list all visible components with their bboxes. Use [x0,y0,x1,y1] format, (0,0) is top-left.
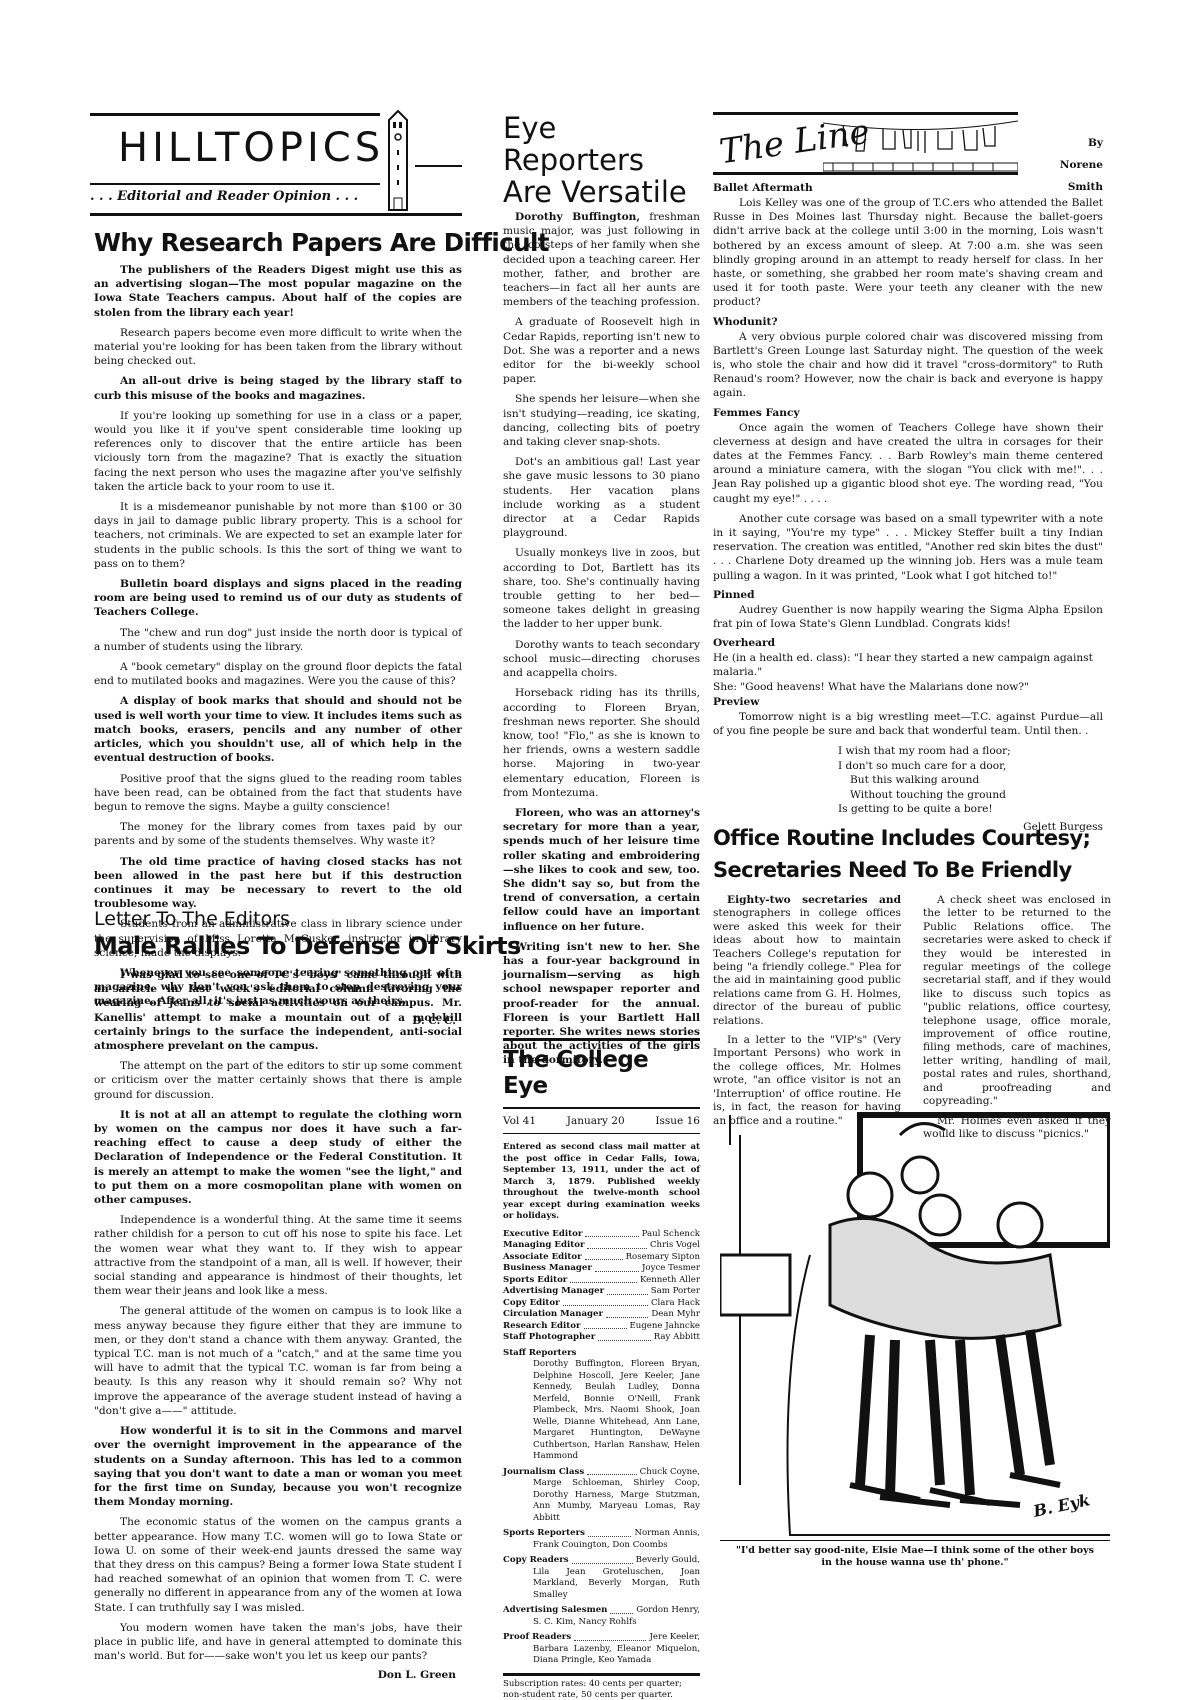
editorial-paragraph: The old time practice of having closed s… [94,855,462,912]
leader-dots [587,1467,636,1476]
the-line-banner: The Line By Norene Smith [713,112,1103,176]
staff-group-names: Barbara Lazenby, Eleanor Miquelon, Diana… [503,1644,700,1667]
reporters-text: freshman music major, was just following… [503,211,700,308]
staff-name: Ray Abbitt [654,1332,700,1344]
staff-group-header: Staff Reporters [503,1348,700,1360]
staff-group-role: Proof Readers [503,1632,571,1644]
reporters-headline-2: Are Versatile [503,176,700,208]
poem-line: I don't so much care for a door, [838,759,1103,774]
staff-role: Business Manager [503,1263,592,1275]
overheard-she: She: "Good heavens! What have the Malari… [713,680,1103,694]
editorial-paragraph: An all-out drive is being staged by the … [94,374,462,402]
column-subhead: Pinned [713,589,1103,601]
staff-row: Managing EditorChris Vogel [503,1240,700,1252]
staff-row: Advertising ManagerSam Porter [503,1286,700,1298]
column-paragraph: Lois Kelley was one of the group of T.C.… [713,196,1103,310]
masthead-issue-line: Vol 41 January 20 Issue 16 [503,1109,700,1133]
letter-headline: Male Rallies To Defense Of Skirts [94,932,462,960]
staff-group-role: Sports Reporters [503,1528,585,1540]
letter-signature: Don L. Green [94,1669,456,1681]
preview-head: Preview [713,696,1103,708]
staff-row: Business ManagerJoyce Tesmer [503,1263,700,1275]
reporters-paragraph: Dorothy wants to teach secondary school … [503,638,700,681]
reporters-text: Horseback riding has its thrills, accord… [503,687,700,798]
staff-group: Journalism ClassChuck Coyne,Marge Schloe… [503,1467,700,1525]
staff-group-names: Dorothy Buffington, Floreen Bryan, Delph… [503,1359,700,1463]
staff-group-lead: Jere Keeler, [649,1632,700,1644]
letter-paragraph: I was glad to see one of TC's "boys" cam… [94,968,462,1053]
staff-row: Associate EditorRosemary Sipton [503,1252,700,1264]
letter-article: Letter To The Editors Male Rallies To De… [94,908,462,1681]
issue-number: Issue 16 [655,1115,700,1127]
staff-name: Sam Porter [651,1286,700,1298]
reporters-article: Eye Reporters Are Versatile Dorothy Buff… [503,112,700,1074]
staff-role: Sports Editor [503,1275,567,1287]
staff-row: Sports EditorKenneth Aller [503,1275,700,1287]
staff-group: Staff ReportersDorothy Buffington, Flore… [503,1348,700,1463]
staff-role: Executive Editor [503,1229,582,1241]
leader-dots [610,1605,633,1614]
letter-kicker: Letter To The Editors [94,908,462,930]
leader-dots [574,1632,646,1641]
staff-group: Sports ReportersNorman Annis,Frank Couin… [503,1528,700,1551]
poem: I wish that my room had a floor;I don't … [838,744,1103,817]
clothesline-illustration [823,115,1018,177]
hilltopics-subtitle: . . . Editorial and Reader Opinion . . . [90,189,358,204]
leader-dots [587,1240,646,1249]
leader-dots [585,1229,638,1238]
editorial-paragraph: The publishers of the Readers Digest mig… [94,263,462,320]
office-headline-2: Secretaries Need To Be Friendly [713,854,1113,886]
staff-row: Circulation ManagerDean Myhr [503,1309,700,1321]
staff-group-header: Journalism ClassChuck Coyne, [503,1467,700,1479]
staff-group-names: S. C. Kim, Nancy Rohlfs [503,1617,700,1629]
staff-group-role: Staff Reporters [503,1348,576,1360]
staff-group-role: Journalism Class [503,1467,584,1479]
office-paragraph: Eighty-two secretaries and stenographers… [713,894,901,1028]
editorial-paragraph: It is a misdemeanor punishable by not mo… [94,500,462,571]
column-subhead: Ballet Aftermath [713,182,1103,194]
poem-line: Without touching the ground [838,788,1103,803]
column-paragraph: Once again the women of Teachers College… [713,421,1103,506]
editorial-headline: Why Research Papers Are Difficult [94,228,462,257]
reporters-paragraph: Horseback riding has its thrills, accord… [503,686,700,800]
staff-row: Research EditorEugene Jahncke [503,1321,700,1333]
editorial-paragraph: The "chew and run dog" just inside the n… [94,626,462,654]
office-text: stenographers in college offices were as… [713,907,901,1026]
staff-name: Clara Hack [651,1298,700,1310]
caption-line-2: in the house wanna use th' phone." [720,1557,1110,1569]
leader-dots [563,1298,648,1307]
staff-row: Staff PhotographerRay Abbitt [503,1332,700,1344]
letter-paragraph: How wonderful it is to sit in the Common… [94,1424,462,1509]
staff-group-header: Advertising SalesmenGordon Henry, [503,1605,700,1617]
staff-row: Executive EditorPaul Schenck [503,1229,700,1241]
reporters-text: Usually monkeys live in zoos, but accord… [503,547,700,630]
leader-dots [572,1555,633,1564]
staff-role: Advertising Manager [503,1286,604,1298]
reporter-name: Dorothy Buffington, [515,211,640,223]
masthead-title: The College Eye [503,1047,700,1099]
staff-role: Associate Editor [503,1252,582,1264]
office-paragraph: A check sheet was enclosed in the letter… [923,894,1111,1109]
cartoon-caption: "I'd better say good-nite, Elsie Mae—I t… [720,1545,1110,1569]
staff-group-lead: Norman Annis, [634,1528,700,1540]
office-headline-1: Office Routine Includes Courtesy; [713,822,1113,854]
staff-name: Joyce Tesmer [642,1263,700,1275]
reporters-paragraph: Usually monkeys live in zoos, but accord… [503,546,700,631]
poem-line: Is getting to be quite a bore! [838,802,1103,817]
poem-line: I wish that my room had a floor; [838,744,1103,759]
column-subhead: Femmes Fancy [713,407,1103,419]
staff-list: Executive EditorPaul SchenckManaging Edi… [503,1229,700,1667]
editorial-paragraph: A "book cemetary" display on the ground … [94,660,462,688]
letter-paragraph: Independence is a wonderful thing. At th… [94,1213,462,1298]
staff-group-role: Copy Readers [503,1555,569,1567]
caption-line-1: "I'd better say good-nite, Elsie Mae—I t… [720,1545,1110,1557]
byline-line-1: By Norene [1048,132,1103,176]
office-article: Office Routine Includes Courtesy; Secret… [713,822,1113,1147]
leader-dots [584,1321,627,1330]
hilltopics-title: HILLTOPICS [118,125,384,171]
leader-dots [607,1286,648,1295]
reporters-body: Dorothy Buffington, freshman music major… [503,210,700,1068]
reporters-headline-1: Eye Reporters [503,112,700,176]
editorial-article: Why Research Papers Are Difficult The pu… [94,228,462,1027]
editorial-paragraph: Positive proof that the signs glued to t… [94,772,462,815]
staff-name: Chris Vogel [650,1240,700,1252]
masthead: The College Eye Vol 41 January 20 Issue … [503,1038,700,1700]
issue-date: January 20 [567,1115,625,1127]
staff-group-header: Proof ReadersJere Keeler, [503,1632,700,1644]
preview-text: Tomorrow night is a big wrestling meet—T… [713,710,1103,738]
staff-group-header: Sports ReportersNorman Annis, [503,1528,700,1540]
staff-name: Eugene Jahncke [630,1321,701,1333]
column-subhead: Overheard [713,637,1103,649]
staff-group-names: Marge Schloeman, Shirley Coop, Dorothy H… [503,1478,700,1524]
staff-group: Advertising SalesmenGordon Henry,S. C. K… [503,1605,700,1628]
staff-name: Kenneth Aller [640,1275,700,1287]
reporters-paragraph: Dorothy Buffington, freshman music major… [503,210,700,309]
staff-role: Staff Photographer [503,1332,595,1344]
reporters-paragraph: She spends her leisure—when she isn't st… [503,392,700,449]
staff-group-role: Advertising Salesmen [503,1605,607,1617]
staff-role: Copy Editor [503,1298,560,1310]
staff-row: Copy EditorClara Hack [503,1298,700,1310]
leader-dots [606,1309,648,1318]
leader-dots [588,1528,632,1537]
editorial-paragraph: If you're looking up something for use i… [94,409,462,494]
campanile-icon [387,110,409,211]
staff-role: Research Editor [503,1321,581,1333]
column-paragraph: Audrey Guenther is now happily wearing t… [713,603,1103,631]
reporters-text: Floreen, who was an attorney's secretary… [503,807,700,933]
reporters-paragraph: Dot's an ambitious gal! Last year she ga… [503,455,700,540]
cartoon: B. Eyk [720,1105,1110,1545]
staff-role: Circulation Manager [503,1309,603,1321]
volume-number: Vol 41 [503,1115,536,1127]
staff-group-lead: Chuck Coyne, [640,1467,700,1479]
column-paragraph: Another cute corsage was based on a smal… [713,512,1103,583]
letter-paragraph: The economic status of the women on the … [94,1515,462,1614]
reporters-text: She spends her leisure—when she isn't st… [503,393,700,448]
staff-name: Rosemary Sipton [626,1252,700,1264]
reporters-text: Dot's an ambitious gal! Last year she ga… [503,456,700,539]
reporters-text: A graduate of Roosevelt high in Cedar Ra… [503,316,700,385]
staff-group-names: Lila Jean Groteluschen, Joan Markland, B… [503,1567,700,1602]
reporters-paragraph: A graduate of Roosevelt high in Cedar Ra… [503,315,700,386]
hilltopics-banner: HILLTOPICS . . . Editorial and Reader Op… [90,113,462,221]
reporters-paragraph: Floreen, who was an attorney's secretary… [503,806,700,934]
reporters-text: Dorothy wants to teach secondary school … [503,639,700,679]
entry-notice: Entered as second class mail matter at t… [503,1142,700,1223]
editorial-body: The publishers of the Readers Digest mig… [94,263,462,1009]
staff-group: Copy ReadersBeverly Gould,Lila Jean Grot… [503,1555,700,1601]
staff-group-lead: Beverly Gould, [636,1555,700,1567]
staff-group: Proof ReadersJere Keeler,Barbara Lazenby… [503,1632,700,1667]
letter-paragraph: The attempt on the part of the editors t… [94,1059,462,1102]
letter-paragraph: It is not at all an attempt to regulate … [94,1108,462,1207]
the-line-column: Ballet AftermathLois Kelley was one of t… [713,180,1103,833]
editorial-paragraph: Bulletin board displays and signs placed… [94,577,462,620]
column-paragraph: A very obvious purple colored chair was … [713,330,1103,401]
staff-name: Dean Myhr [651,1309,700,1321]
editorial-paragraph: The money for the library comes from tax… [94,820,462,848]
staff-name: Paul Schenck [642,1229,700,1241]
staff-role: Managing Editor [503,1240,584,1252]
office-lead: Eighty-two secretaries and [727,894,901,906]
editorial-paragraph: A display of book marks that should and … [94,694,462,765]
subscription-rates: Subscription rates: 40 cents per quarter… [503,1679,700,1700]
editorial-paragraph: Research papers become even more difficu… [94,326,462,369]
leader-dots [598,1332,650,1341]
column-subhead: Whodunit? [713,316,1103,328]
staff-group-header: Copy ReadersBeverly Gould, [503,1555,700,1567]
overheard-he: He (in a health ed. class): "I hear they… [713,651,1103,679]
staff-group-lead: Gordon Henry, [636,1605,700,1617]
letter-body: I was glad to see one of TC's "boys" cam… [94,968,462,1663]
poem-line: But this walking around [838,773,1103,788]
staff-group-names: Frank Couington, Don Coombs [503,1540,700,1552]
cartoon-illustration [720,1105,1110,1545]
letter-paragraph: You modern women have taken the man's jo… [94,1621,462,1664]
leader-dots [595,1263,639,1272]
leader-dots [570,1275,637,1284]
leader-dots [585,1252,623,1261]
letter-paragraph: The general attitude of the women on cam… [94,1304,462,1418]
